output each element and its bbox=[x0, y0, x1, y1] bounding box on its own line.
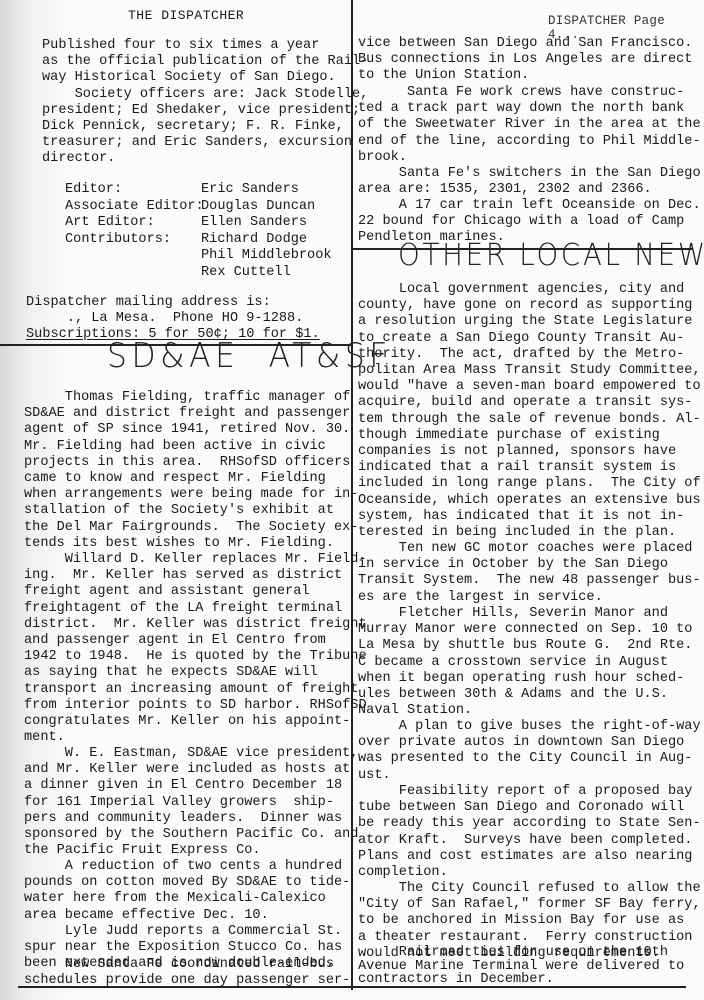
article-keller: Willard D. Keller replaces Mr. Field- in… bbox=[24, 552, 367, 746]
staff-role: Editor: bbox=[65, 182, 201, 199]
section-heading-other-local-news: OTHER LOCAL NEWS . bbox=[398, 248, 704, 264]
article-continued-service: vice between San Diego and San Francisco… bbox=[358, 36, 692, 85]
staff-role: Associate Editor: bbox=[65, 199, 201, 216]
staff-names: Eric Sanders bbox=[201, 182, 332, 199]
article-sweetwater-track: Santa Fe work crews have construc- ted a… bbox=[358, 85, 701, 166]
article-cotton-rate: A reduction of two cents a hundred pound… bbox=[24, 859, 350, 924]
article-switchers: Santa Fe's switchers in the San Diego ar… bbox=[358, 166, 701, 198]
staff-names: Douglas Duncan bbox=[201, 199, 332, 216]
left-column: Published four to six times a year as th… bbox=[22, 0, 352, 275]
article-gc-coaches: Ten new GC motor coaches were placed in … bbox=[358, 541, 701, 606]
article-bay-tube: Feasibility report of a proposed bay tub… bbox=[358, 784, 701, 881]
staff-role: Art Editor: bbox=[65, 215, 201, 232]
staff-role: Contributors: bbox=[65, 232, 201, 282]
mailing-address: Dispatcher mailing address is: ., La Mes… bbox=[26, 295, 303, 327]
publication-info: Published four to six times a year as th… bbox=[42, 38, 368, 168]
article-fielding: Thomas Fielding, traffic manager of SD&A… bbox=[24, 390, 358, 552]
staff-listing: Editor: Eric Sanders Associate Editor: D… bbox=[65, 182, 332, 282]
newsletter-page: THE DISPATCHER DISPATCHER Page 4... Publ… bbox=[0, 0, 704, 1000]
article-bus-right-of-way: A plan to give buses the right-of-way ov… bbox=[358, 719, 701, 784]
article-shuttle-routes: Fletcher Hills, Severin Manor and Murray… bbox=[358, 606, 692, 719]
article-eastman: W. E. Eastman, SD&AE vice president, and… bbox=[24, 746, 358, 859]
staff-names: Ellen Sanders bbox=[201, 215, 332, 232]
staff-names: Richard Dodge Phil Middlebrook Rex Cutte… bbox=[201, 232, 332, 282]
right-column: vice between San Diego and San Francisco… bbox=[358, 0, 698, 259]
section-heading-sdae-atsf: SD&AE AT&SF bbox=[107, 348, 392, 364]
article-transit-authority: Local government agencies, city and coun… bbox=[358, 282, 701, 541]
article-railroad-ties: Railroad ties for use on the 10th Avenue… bbox=[358, 946, 684, 987]
article-santa-fe-schedules: New Santa Fe coordinated rail-bus schedu… bbox=[24, 957, 350, 989]
